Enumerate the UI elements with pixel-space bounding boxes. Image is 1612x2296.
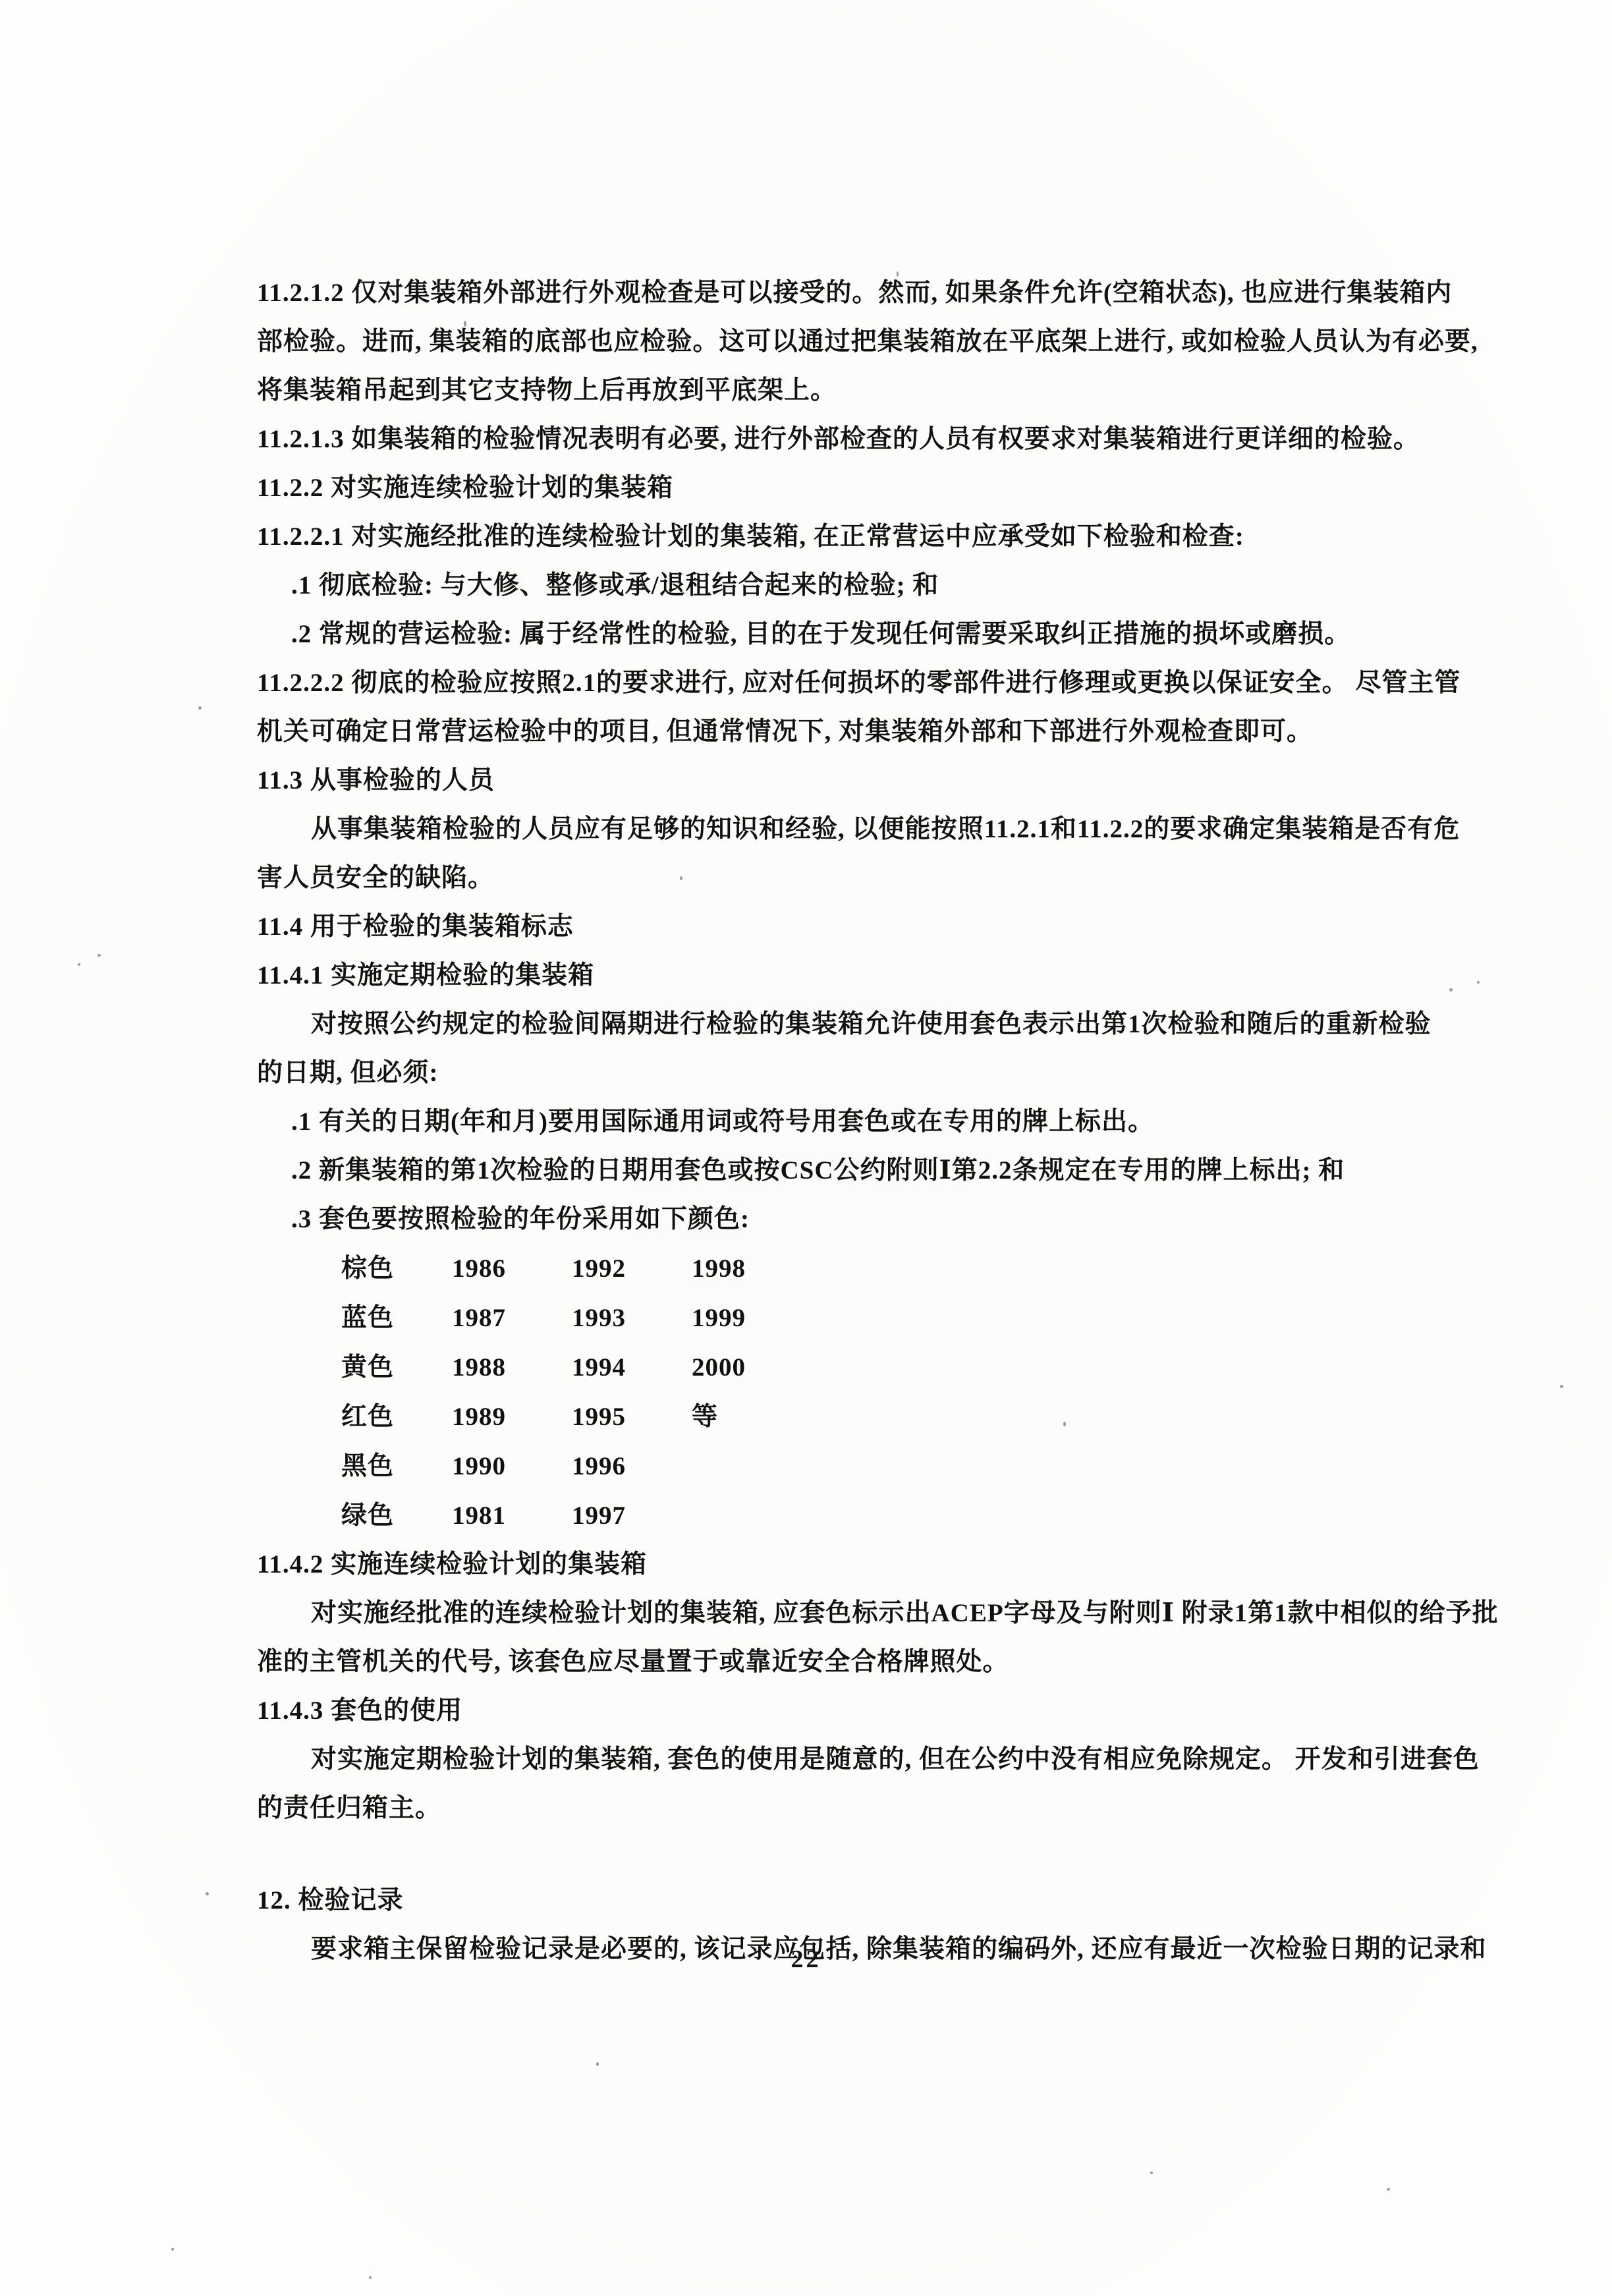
paragraph: 11.3 从事检验的人员	[257, 756, 1509, 805]
text-line: 11.2.1.2 仅对集装箱外部进行外观检查是可以接受的。然而, 如果条件允许(…	[257, 269, 1509, 318]
text-line: 对实施定期检验计划的集装箱, 套色的使用是随意的, 但在公约中没有相应免除规定。…	[257, 1735, 1509, 1784]
text-line: 11.2.1.3 如集装箱的检验情况表明有必要, 进行外部检查的人员有权要求对集…	[257, 415, 1509, 464]
year-cell: 1990	[452, 1442, 572, 1491]
scan-speck	[897, 271, 899, 277]
text-line: 准的主管机关的代号, 该套色应尽量置于或靠近安全合格牌照处。	[257, 1638, 1509, 1687]
text-line: .2 常规的营运检验: 属于经常性的检验, 目的在于发现任何需要采取纠正措施的损…	[257, 610, 1509, 659]
text-line: .1 彻底检验: 与大修、整修或承/退租结合起来的检验; 和	[257, 561, 1509, 610]
paragraph: 11.4.3 套色的使用	[257, 1687, 1509, 1735]
year-cell: 等	[692, 1392, 812, 1442]
numbered-list-item: .1 有关的日期(年和月)要用国际通用词或符号用套色或在专用的牌上标出。	[257, 1098, 1509, 1146]
year-cell: 1992	[572, 1244, 692, 1293]
text-line: 11.2.2 对实施连续检验计划的集装箱	[257, 464, 1509, 513]
text-line: 机关可确定日常营运检验中的项目, 但通常情况下, 对集装箱外部和下部进行外观检查…	[257, 708, 1509, 756]
numbered-list-item: .3 套色要按照检验的年份采用如下颜色:	[257, 1195, 1509, 1244]
inspection-color-table: 棕色198619921998蓝色198719931999黄色1988199420…	[257, 1244, 1509, 1540]
paragraph: 11.2.2 对实施连续检验计划的集装箱	[257, 464, 1509, 513]
text-line: 11.4.2 实施连续检验计划的集装箱	[257, 1540, 1509, 1589]
year-cell: 2000	[692, 1343, 812, 1392]
text-line: .2 新集装箱的第1次检验的日期用套色或按CSC公约附则Ⅰ第2.2条规定在专用的…	[257, 1146, 1509, 1195]
paragraph: 11.4.2 实施连续检验计划的集装箱	[257, 1540, 1509, 1589]
text-line: 11.2.2.1 对实施经批准的连续检验计划的集装箱, 在正常营运中应承受如下检…	[257, 513, 1509, 561]
color-table-row: 绿色19811997	[341, 1491, 1509, 1540]
color-table-row: 棕色198619921998	[341, 1244, 1509, 1293]
scan-speck	[1560, 1385, 1563, 1388]
year-cell: 1995	[572, 1392, 692, 1442]
paragraph: 对按照公约规定的检验间隔期进行检验的集装箱允许使用套色表示出第1次检验和随后的重…	[257, 1000, 1509, 1098]
scan-speck	[369, 2276, 372, 2279]
scanned-document-page: 11.2.1.2 仅对集装箱外部进行外观检查是可以接受的。然而, 如果条件允许(…	[0, 0, 1612, 2296]
year-cell: 1998	[692, 1244, 812, 1293]
color-name-cell: 黑色	[341, 1442, 452, 1491]
numbered-list-item: .2 新集装箱的第1次检验的日期用套色或按CSC公约附则Ⅰ第2.2条规定在专用的…	[257, 1146, 1509, 1195]
paragraph: 11.4.1 实施定期检验的集装箱	[257, 951, 1509, 1000]
text-line: 11.3 从事检验的人员	[257, 756, 1509, 805]
text-line: 对按照公约规定的检验间隔期进行检验的集装箱允许使用套色表示出第1次检验和随后的重…	[257, 1000, 1509, 1049]
year-cell: 1994	[572, 1343, 692, 1392]
paragraph: 对实施经批准的连续检验计划的集装箱, 应套色标示出ACEP字母及与附则Ⅰ 附录1…	[257, 1589, 1509, 1687]
year-cell: 1999	[692, 1293, 812, 1343]
color-name-cell: 棕色	[341, 1244, 452, 1293]
text-line: 的责任归箱主。	[257, 1784, 1509, 1833]
scan-speck	[1063, 1422, 1066, 1426]
scan-speck	[198, 706, 202, 710]
paragraph: 11.2.2.1 对实施经批准的连续检验计划的集装箱, 在正常营运中应承受如下检…	[257, 513, 1509, 561]
text-line: 11.4.1 实施定期检验的集装箱	[257, 951, 1509, 1000]
page-number: 22	[0, 1945, 1612, 1974]
text-line: 将集装箱吊起到其它支持物上后再放到平底架上。	[257, 366, 1509, 415]
year-cell: 1988	[452, 1343, 572, 1392]
text-line: 害人员安全的缺陷。	[257, 854, 1509, 903]
paragraph: 11.2.1.2 仅对集装箱外部进行外观检查是可以接受的。然而, 如果条件允许(…	[257, 269, 1509, 415]
paragraph: 12. 检验记录	[257, 1876, 1509, 1925]
scan-speck	[1387, 2188, 1390, 2191]
color-name-cell: 红色	[341, 1392, 452, 1442]
scan-speck	[464, 321, 466, 327]
text-line: 从事集装箱检验的人员应有足够的知识和经验, 以便能按照11.2.1和11.2.2…	[257, 805, 1509, 854]
color-table-row: 红色19891995等	[341, 1392, 1509, 1442]
color-name-cell: 蓝色	[341, 1293, 452, 1343]
paragraph: 从事集装箱检验的人员应有足够的知识和经验, 以便能按照11.2.1和11.2.2…	[257, 805, 1509, 903]
page-body: 11.2.1.2 仅对集装箱外部进行外观检查是可以接受的。然而, 如果条件允许(…	[257, 269, 1509, 1974]
text-line: .3 套色要按照检验的年份采用如下颜色:	[257, 1195, 1509, 1244]
numbered-list-item: .1 彻底检验: 与大修、整修或承/退租结合起来的检验; 和	[257, 561, 1509, 610]
paragraph: 11.2.2.2 彻底的检验应按照2.1的要求进行, 应对任何损坏的零部件进行修…	[257, 659, 1509, 756]
text-line: 11.2.2.2 彻底的检验应按照2.1的要求进行, 应对任何损坏的零部件进行修…	[257, 659, 1509, 708]
color-name-cell: 绿色	[341, 1491, 452, 1540]
text-line: 11.4 用于检验的集装箱标志	[257, 903, 1509, 951]
scan-speck	[1449, 988, 1453, 992]
year-cell: 1986	[452, 1244, 572, 1293]
scan-speck	[171, 2248, 174, 2251]
scan-speck	[97, 954, 101, 957]
color-table-row: 黄色198819942000	[341, 1343, 1509, 1392]
text-line: 对实施经批准的连续检验计划的集装箱, 应套色标示出ACEP字母及与附则Ⅰ 附录1…	[257, 1589, 1509, 1638]
text-line: 的日期, 但必须:	[257, 1049, 1509, 1098]
section-gap	[257, 1833, 1509, 1876]
scan-speck	[596, 2062, 599, 2066]
paragraph: 11.2.1.3 如集装箱的检验情况表明有必要, 进行外部检查的人员有权要求对集…	[257, 415, 1509, 464]
year-cell: 1996	[572, 1442, 692, 1491]
text-line: 11.4.3 套色的使用	[257, 1687, 1509, 1735]
scan-speck	[1150, 2171, 1153, 2174]
paragraph: 11.4 用于检验的集装箱标志	[257, 903, 1509, 951]
text-line: .1 有关的日期(年和月)要用国际通用词或符号用套色或在专用的牌上标出。	[257, 1098, 1509, 1146]
year-cell: 1997	[572, 1491, 692, 1540]
paragraph: 对实施定期检验计划的集装箱, 套色的使用是随意的, 但在公约中没有相应免除规定。…	[257, 1735, 1509, 1833]
text-line: 12. 检验记录	[257, 1876, 1509, 1925]
year-cell: 1993	[572, 1293, 692, 1343]
scan-speck	[680, 876, 682, 880]
text-line: 部检验。进而, 集装箱的底部也应检验。这可以通过把集装箱放在平底架上进行, 或如…	[257, 318, 1509, 366]
numbered-list-item: .2 常规的营运检验: 属于经常性的检验, 目的在于发现任何需要采取纠正措施的损…	[257, 610, 1509, 659]
color-table-row: 蓝色198719931999	[341, 1293, 1509, 1343]
color-name-cell: 黄色	[341, 1343, 452, 1392]
year-cell: 1981	[452, 1491, 572, 1540]
scan-speck	[78, 963, 80, 966]
color-table-row: 黑色19901996	[341, 1442, 1509, 1491]
year-cell: 1987	[452, 1293, 572, 1343]
year-cell: 1989	[452, 1392, 572, 1442]
scan-speck	[206, 1892, 209, 1895]
scan-speck	[1477, 981, 1480, 984]
